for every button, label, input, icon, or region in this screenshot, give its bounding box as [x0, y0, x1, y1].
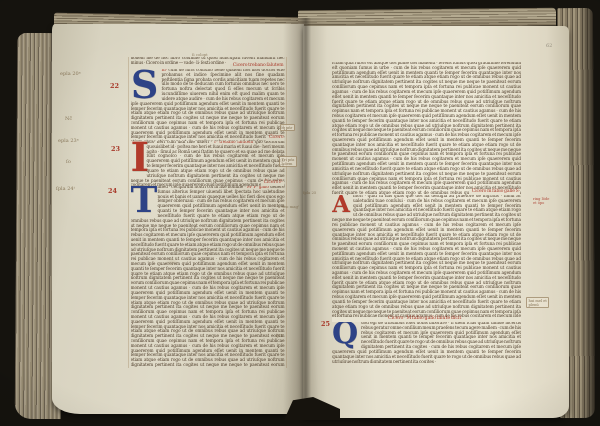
- right-page-text-block: ſciam quia rubor eſt abſque uos plane uo…: [332, 62, 521, 363]
- continuation-text: ſciam quia rubor eſt abſque uos plane uo…: [332, 62, 521, 195]
- body-text: uod egi de tribulibus ſolet uobis labora…: [361, 322, 521, 331]
- manuscript-photo: nollem me de hoc libro columne tu quod n…: [0, 0, 600, 426]
- left-page-text-block: nollem me de hoc libro columne tu quod n…: [128, 57, 287, 368]
- epistle-amori-text: A mori · quid tu has quas que uos ha ueſ…: [332, 195, 521, 322]
- illuminated-initial-T: T: [131, 186, 155, 218]
- illuminated-initial-A: A: [332, 195, 350, 215]
- body-text: cum de his rebus cogitarem et mecum ipſe…: [332, 199, 521, 322]
- epistle-quod-text: Q uod egi de tribulibus ſolet uobis labo…: [332, 322, 521, 363]
- body-text: cum de his rebus cogitarem et mecum ipſe…: [332, 326, 521, 363]
- illuminated-initial-Q: Q: [332, 322, 358, 348]
- body-text: cum de his rebus cogitarem et mecum ipſe…: [332, 66, 521, 195]
- intro-lines: nollem me de hoc libro columne tu quod n…: [131, 57, 285, 69]
- epistle-23-text: I lius· heri cum uidi fide uideri · T· t…: [131, 141, 285, 186]
- illuminated-initial-I: I: [131, 141, 144, 178]
- illuminated-initial-S: S: [131, 69, 159, 102]
- epistle-24-text: T aneu · ceciparum noſtri cõl in axe hom…: [131, 186, 285, 368]
- body-text: cum de his rebus cogitarem et mecum ipſe…: [131, 199, 285, 368]
- body-text: cum de his rebus cogitarem et mecum ipſe…: [131, 97, 285, 141]
- epistle-22-text: S Ili· cum de iuris conſulto bene quidem…: [131, 69, 285, 141]
